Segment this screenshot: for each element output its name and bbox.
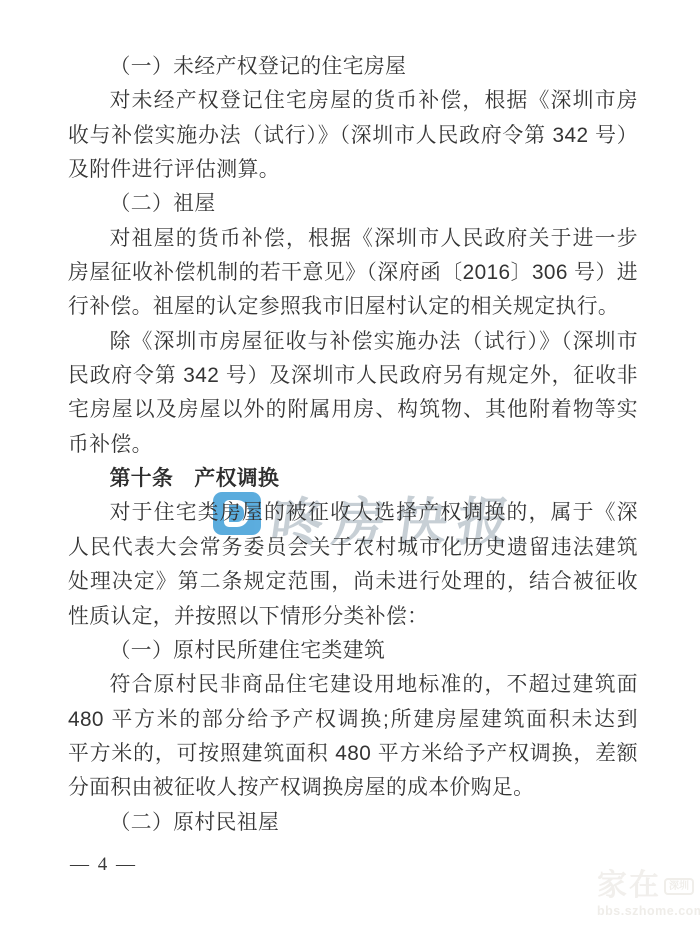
document-line: 房屋征收补偿机制的若干意见》（深府函〔2016〕306 号）进 (68, 256, 638, 290)
szhome-url: bbs.szhome.com (597, 904, 700, 918)
document-line: 行补偿。祖屋的认定参照我市旧屋村认定的相关规定执行。 (68, 290, 638, 324)
watermark-bottom-right: 家在 深圳 bbs.szhome.com (597, 870, 700, 918)
document-line: 人民代表大会常务委员会关于农村城市化历史遗留违法建筑的 (68, 531, 638, 565)
document-line: 分面积由被征收人按产权调换房屋的成本价购足。 (68, 771, 638, 805)
article-10-heading: 第十条 产权调换 (68, 462, 638, 496)
document-line: 及附件进行评估测算。 (68, 153, 638, 187)
document-page: 咚房快报 （一）未经产权登记的住宅房屋 对未经产权登记住宅房屋的货币补偿，根据《… (0, 0, 700, 926)
document-line: 符合原村民非商品住宅建设用地标准的，不超过建筑面积 (68, 668, 638, 702)
subsection-heading: （二）原村民祖屋 (68, 806, 638, 840)
subsection-heading: （一）原村民所建住宅类建筑 (68, 634, 638, 668)
page-number: — 4 — (70, 854, 137, 876)
document-line: 480 平方米的部分给予产权调换;所建房屋建筑面积未达到 480 (68, 703, 638, 737)
szhome-badge: 深圳 (664, 878, 694, 895)
document-line: 币补偿。 (68, 428, 638, 462)
document-line: 对于住宅类房屋的被征收人选择产权调换的，属于《深圳市 (68, 496, 638, 530)
document-body: （一）未经产权登记的住宅房屋 对未经产权登记住宅房屋的货币补偿，根据《深圳市房屋… (68, 50, 638, 840)
document-line: 性质认定，并按照以下情形分类补偿： (68, 600, 638, 634)
document-line: 平方米的，可按照建筑面积 480 平方米给予产权调换，差额部 (68, 737, 638, 771)
document-line: 处理决定》第二条规定范围，尚未进行处理的，结合被征收房屋 (68, 565, 638, 599)
document-line: 收与补偿实施办法（试行）》（深圳市人民政府令第 342 号） (68, 119, 638, 153)
document-line: 对祖屋的货币补偿，根据《深圳市人民政府关于进一步完善 (68, 222, 638, 256)
document-line: 宅房屋以及房屋以外的附属用房、构筑物、其他附着物等实行货 (68, 393, 638, 427)
subsection-heading: （一）未经产权登记的住宅房屋 (68, 50, 638, 84)
document-line: 对未经产权登记住宅房屋的货币补偿，根据《深圳市房屋征 (68, 84, 638, 118)
subsection-heading: （二）祖屋 (68, 187, 638, 221)
document-line: 民政府令第 342 号）及深圳市人民政府另有规定外，征收非住 (68, 359, 638, 393)
szhome-logo-text: 家在 (597, 870, 661, 902)
document-line: 除《深圳市房屋征收与补偿实施办法（试行）》（深圳市人 (68, 325, 638, 359)
